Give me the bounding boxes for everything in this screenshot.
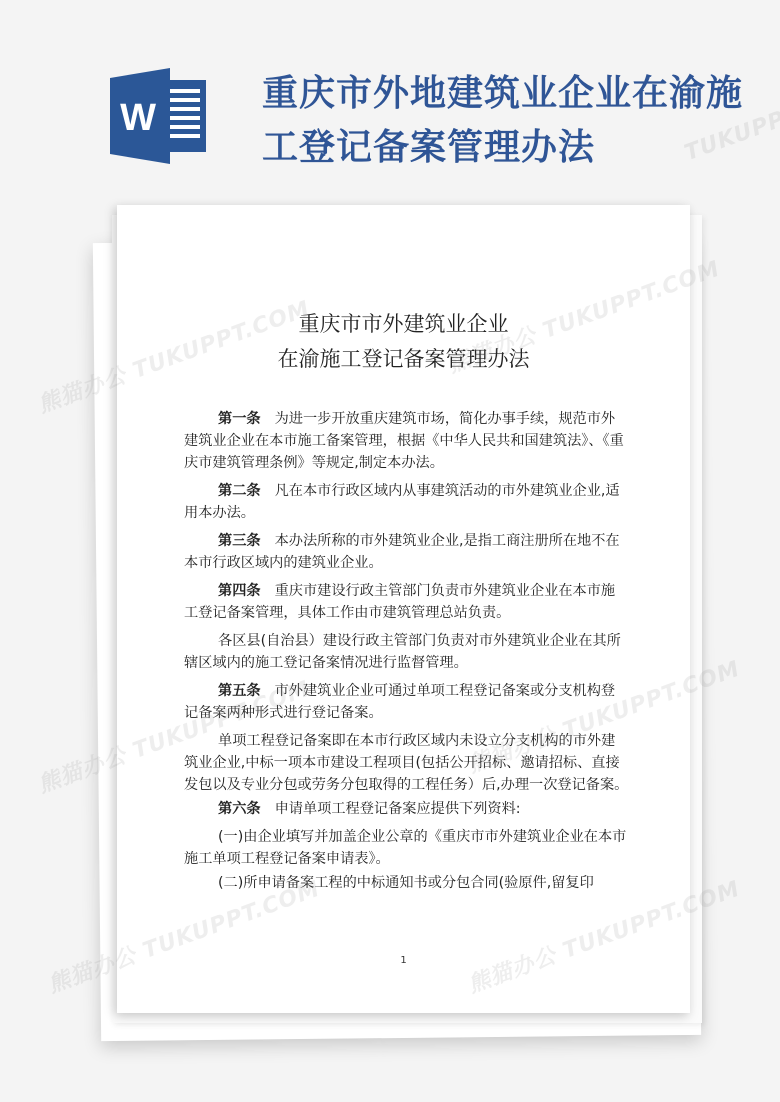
paragraph-article-5-sub: 单项工程登记备案即在本市行政区域内未设立分支机构的市外建筑业企业,中标一项本市建…: [184, 730, 629, 796]
article-label: 第二条: [218, 483, 261, 499]
article-label: 第五条: [218, 683, 261, 699]
header-title: 重庆市外地建筑业企业在渝施 工登记备案管理办法: [262, 66, 702, 174]
header: W 重庆市外地建筑业企业在渝施 工登记备案管理办法: [0, 0, 780, 200]
paragraph-text: 单项工程登记备案即在本市行政区域内未设立分支机构的市外建筑业企业,中标一项本市建…: [184, 733, 628, 793]
paragraph-item-1: (一)由企业填写并加盖企业公章的《重庆市市外建筑业企业在本市施工单项工程登记备案…: [184, 826, 629, 870]
paragraph-item-2: (二)所申请备案工程的中标通知书或分包合同(验原件,留复印: [184, 872, 629, 894]
svg-text:W: W: [120, 97, 156, 139]
document-body: 第一条为进一步开放重庆建筑市场，简化办事手续，规范市外建筑业企业在本市施工备案管…: [184, 408, 629, 900]
paragraph-text: 申请单项工程登记备案应提供下列资料:: [275, 801, 521, 817]
word-document-icon: W: [108, 68, 210, 164]
paragraph-article-3: 第三条本办法所称的市外建筑业企业,是指工商注册所在地不在本市行政区域内的建筑业企…: [184, 530, 629, 574]
paragraph-article-2: 第二条凡在本市行政区域内从事建筑活动的市外建筑业企业,适用本办法。: [184, 480, 629, 524]
document-title: 重庆市市外建筑业企业 在渝施工登记备案管理办法: [117, 307, 690, 377]
page-number: 1: [117, 955, 690, 966]
article-label: 第三条: [218, 533, 261, 549]
paragraph-text: (二)所申请备案工程的中标通知书或分包合同(验原件,留复印: [218, 875, 594, 891]
document-title-line-2: 在渝施工登记备案管理办法: [117, 342, 690, 377]
article-label: 第一条: [218, 411, 261, 427]
article-label: 第六条: [218, 801, 261, 817]
header-title-line-1: 重庆市外地建筑业企业在渝施: [262, 66, 702, 120]
document-page: 重庆市市外建筑业企业 在渝施工登记备案管理办法 第一条为进一步开放重庆建筑市场，…: [117, 205, 690, 1013]
paragraph-article-4-sub: 各区县(自治县）建设行政主管部门负责对市外建筑业企业在其所辖区域内的施工登记备案…: [184, 630, 629, 674]
paragraph-text: (一)由企业填写并加盖企业公章的《重庆市市外建筑业企业在本市施工单项工程登记备案…: [184, 829, 626, 867]
paragraph-text: 各区县(自治县）建设行政主管部门负责对市外建筑业企业在其所辖区域内的施工登记备案…: [184, 633, 621, 671]
article-label: 第四条: [218, 583, 261, 599]
header-title-line-2: 工登记备案管理办法: [262, 120, 702, 174]
paragraph-article-5: 第五条市外建筑业企业可通过单项工程登记备案或分支机构登记备案两种形式进行登记备案…: [184, 680, 629, 724]
paragraph-article-1: 第一条为进一步开放重庆建筑市场，简化办事手续，规范市外建筑业企业在本市施工备案管…: [184, 408, 629, 474]
document-title-line-1: 重庆市市外建筑业企业: [117, 307, 690, 342]
paragraph-article-4: 第四条重庆市建设行政主管部门负责市外建筑业企业在本市施工登记备案管理，具体工作由…: [184, 580, 629, 624]
paragraph-article-6: 第六条申请单项工程登记备案应提供下列资料:: [184, 798, 629, 820]
